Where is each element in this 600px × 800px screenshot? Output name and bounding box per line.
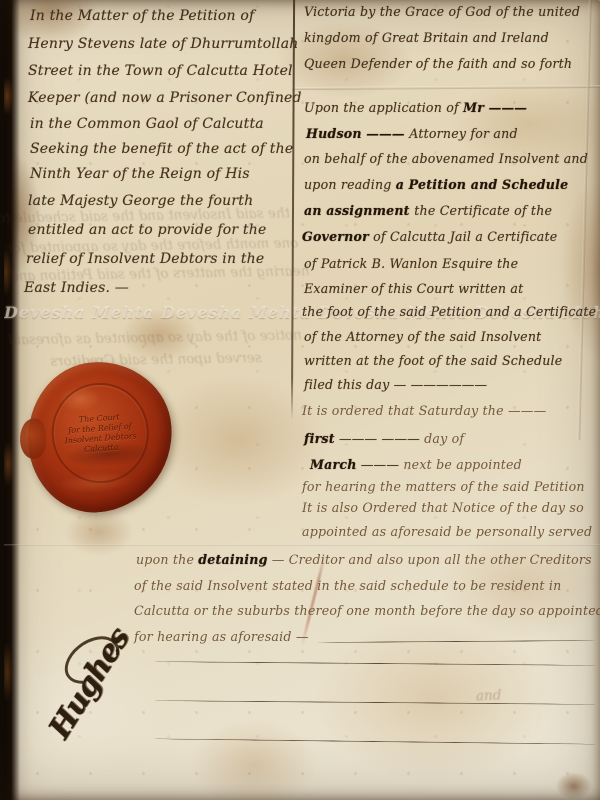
manuscript-line: the foot of the said Petition and a Cert… — [302, 304, 596, 319]
signature-text: Hughes — [42, 622, 137, 745]
wax-drip — [19, 418, 48, 460]
manuscript-line: kingdom of Great Britain and Ireland — [304, 30, 549, 45]
line-text: of Calcutta Jail a Certificate — [369, 229, 558, 244]
line-text: next be appointed — [403, 457, 522, 472]
line-text: upon reading — [304, 177, 396, 192]
manuscript-line: It is also Ordered that Notice of the da… — [302, 500, 584, 515]
bleedthrough-line: notice of the day so appointed as afores… — [8, 327, 302, 348]
manuscript-line: of the said Insolvent stated in the said… — [134, 578, 561, 593]
line-text: filed this day — [304, 377, 394, 392]
manuscript-line: Upon the application of Mr ——— — [304, 100, 527, 115]
manuscript-line: Seeking the benefit of the act of the — [30, 141, 293, 157]
red-wax-seal: The Court for the Relief of Insolvent De… — [23, 357, 177, 517]
manuscript-line: Hudson ——— Attorney for and — [306, 126, 518, 141]
ruled-blank-line — [154, 700, 596, 705]
filled-in-text: an assignment — [304, 203, 414, 218]
blank-dash: ——— ——— — [335, 431, 424, 446]
manuscript-line: It is ordered that Saturday the ——— — [302, 403, 546, 418]
filled-in-text: Hudson — [306, 126, 362, 141]
torn-left-edge — [4, 0, 20, 800]
ink-signature: Hughes — [10, 628, 180, 738]
filled-in-text: first — [304, 431, 335, 446]
manuscript-line: upon reading a Petition and Schedule — [304, 177, 568, 192]
blank-dash: ——— — [508, 403, 546, 418]
manuscript-line: March ——— next be appointed — [310, 457, 522, 472]
filled-in-text: March — [310, 457, 357, 472]
manuscript-line: filed this day — —————— — [304, 377, 487, 392]
blank-dash: ——— — [357, 457, 404, 472]
manuscript-line: Calcutta or the suburbs thereof one mont… — [134, 603, 600, 618]
manuscript-line: late Majesty George the fourth — [28, 193, 253, 209]
fold-crease — [577, 0, 592, 440]
manuscript-line: of Patrick B. Wanlon Esquire the — [304, 256, 518, 271]
manuscript-line: on behalf of the abovenamed Insolvent an… — [304, 151, 588, 166]
document-photo: the said Insolvent and the said schedule… — [0, 0, 600, 800]
line-text: It is ordered that Saturday the — [302, 403, 508, 418]
manuscript-line: written at the foot of the said Schedule — [304, 353, 562, 368]
manuscript-line: Examiner of this Court written at — [304, 281, 523, 296]
filled-in-text: detaining — [198, 552, 267, 567]
blank-dash: ——— — [484, 100, 527, 115]
filled-in-text: Mr — [463, 100, 484, 115]
manuscript-line: Keeper (and now a Prisoner Confined — [28, 90, 302, 106]
fold-crease — [4, 544, 600, 546]
filled-in-text: a Petition and Schedule — [396, 177, 569, 192]
manuscript-line: first ——— ——— day of — [304, 431, 464, 446]
manuscript-line: Henry Stevens late of Dhurrumtollah — [28, 36, 298, 52]
blank-dash: — —————— — [394, 377, 488, 392]
manuscript-line: Victoria by the Grace of God of the unit… — [304, 4, 580, 19]
line-text: Upon the application of — [304, 100, 463, 115]
signature-flourish — [56, 625, 128, 694]
manuscript-line: Governor of Calcutta Jail a Certificate — [302, 229, 557, 244]
line-text: — — [268, 552, 289, 567]
manuscript-line: Street in the Town of Calcutta Hotel — [28, 63, 293, 79]
manuscript-line: in the Common Gaol of Calcutta — [30, 116, 264, 132]
line-text: Attorney for and — [409, 126, 517, 141]
manuscript-line: an assignment the Certificate of the — [304, 203, 552, 218]
ruled-blank-line — [154, 738, 596, 744]
line-text: Creditor and also upon all the other Cre… — [289, 552, 592, 567]
filled-in-text: Governor — [302, 229, 369, 244]
ruled-blank-line — [316, 640, 596, 643]
manuscript-line: East Indies. — — [24, 280, 129, 296]
line-text: upon the — [136, 552, 198, 567]
manuscript-line: of the Attorney of the said Insolvent — [304, 329, 541, 344]
faint-scribble: and — [476, 688, 502, 705]
manuscript-line: for hearing the matters of the said Peti… — [302, 479, 585, 494]
blank-dash: ——— — [362, 126, 410, 141]
manuscript-line: appointed as aforesaid be personally ser… — [302, 524, 592, 539]
line-text: the Certificate of the — [414, 203, 552, 218]
ruled-blank-line — [154, 661, 596, 666]
manuscript-line: relief of Insolvent Debtors in the — [26, 251, 264, 267]
manuscript-line: Queen Defender of the faith and so forth — [304, 56, 572, 71]
line-text: day of — [424, 431, 464, 446]
paper-sheet: the said Insolvent and the said schedule… — [4, 0, 600, 800]
manuscript-line: In the Matter of the Petition of — [30, 8, 254, 24]
manuscript-line: Ninth Year of the Reign of His — [30, 166, 250, 182]
manuscript-line: for hearing as aforesaid — — [134, 629, 309, 644]
manuscript-line: entitled an act to provide for the — [28, 222, 266, 238]
fold-crease — [292, 85, 600, 90]
seal-text-line: Calcutta — [84, 442, 119, 453]
seal-inner-ring: The Court for the Relief of Insolvent De… — [49, 380, 152, 486]
manuscript-line: upon the detaining — Creditor and also u… — [136, 552, 592, 567]
